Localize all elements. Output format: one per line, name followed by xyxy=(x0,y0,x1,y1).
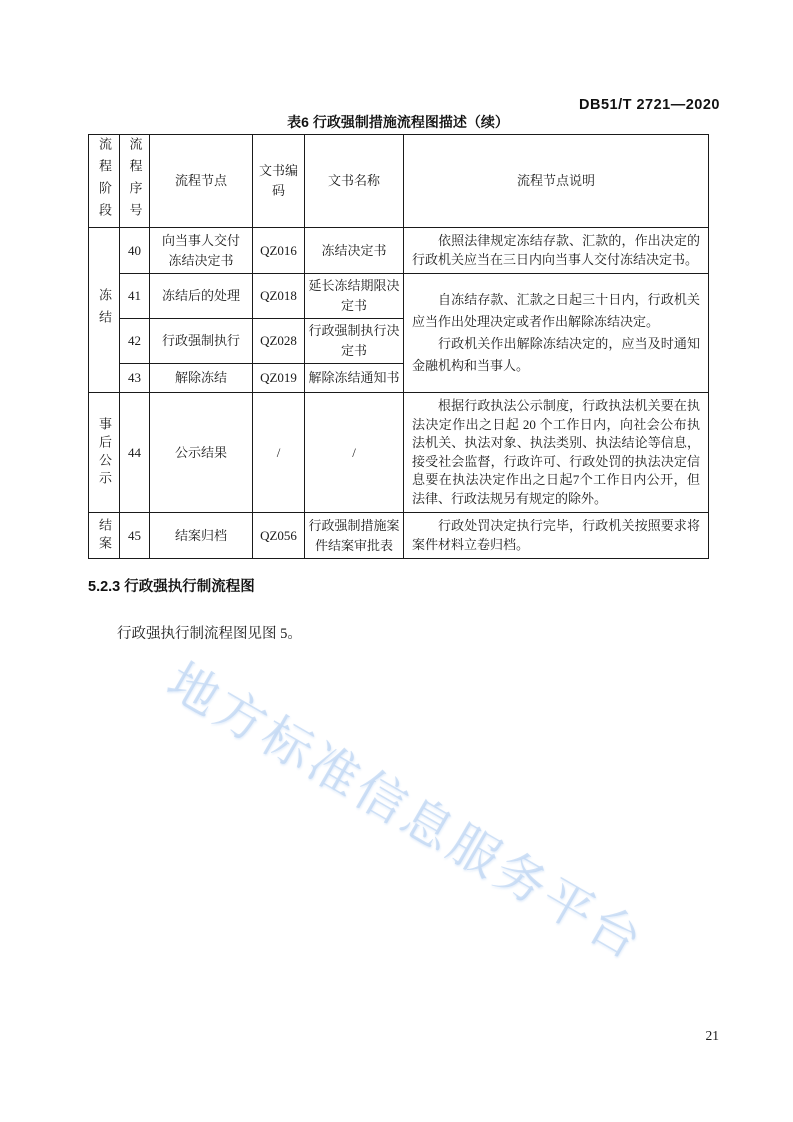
process-table: 流程阶段 流程序号 流程节点 文书编码 文书名称 流程节点说明 冻结 40 向当… xyxy=(88,134,709,559)
phase-cell: 冻结 xyxy=(89,228,120,393)
table-row: 冻结 40 向当事人交付冻结决定书 QZ016 冻结决定书 依照法律规定冻结存款… xyxy=(89,228,709,274)
watermark: 地方标准信息服务平台 xyxy=(156,642,660,974)
col-header-code: 文书编码 xyxy=(253,135,305,228)
desc-cell: 根据行政执法公示制度，行政执法机关要在执法决定作出之日起 20 个工作日内，向社… xyxy=(404,393,709,513)
desc-cell: 行政处罚决定执行完毕，行政机关按照要求将案件材料立卷归档。 xyxy=(404,513,709,559)
code-cell: / xyxy=(253,393,305,513)
seq-cell: 42 xyxy=(120,319,150,364)
phase-cell: 事后公示 xyxy=(89,393,120,513)
page-number: 21 xyxy=(706,1028,720,1044)
seq-cell: 43 xyxy=(120,364,150,393)
desc-cell: 依照法律规定冻结存款、汇款的，作出决定的行政机关应当在三日内向当事人交付冻结决定… xyxy=(404,228,709,274)
table-row: 事后公示 44 公示结果 / / 根据行政执法公示制度，行政执法机关要在执法决定… xyxy=(89,393,709,513)
seq-cell: 44 xyxy=(120,393,150,513)
doc-cell: 冻结决定书 xyxy=(305,228,404,274)
col-header-doc: 文书名称 xyxy=(305,135,404,228)
body-paragraph: 行政强执行制流程图见图 5。 xyxy=(88,622,708,643)
seq-cell: 40 xyxy=(120,228,150,274)
code-cell: QZ016 xyxy=(253,228,305,274)
doc-cell: 延长冻结期限决定书 xyxy=(305,274,404,319)
code-cell: QZ019 xyxy=(253,364,305,393)
node-cell: 冻结后的处理 xyxy=(150,274,253,319)
seq-cell: 41 xyxy=(120,274,150,319)
doc-cell: 行政强制措施案件结案审批表 xyxy=(305,513,404,559)
node-cell: 行政强制执行 xyxy=(150,319,253,364)
code-cell: QZ056 xyxy=(253,513,305,559)
doc-cell: / xyxy=(305,393,404,513)
table-row: 41 冻结后的处理 QZ018 延长冻结期限决定书 自冻结存款、汇款之日起三十日… xyxy=(89,274,709,319)
code-cell: QZ028 xyxy=(253,319,305,364)
table-row: 结案 45 结案归档 QZ056 行政强制措施案件结案审批表 行政处罚决定执行完… xyxy=(89,513,709,559)
node-cell: 结案归档 xyxy=(150,513,253,559)
col-header-node: 流程节点 xyxy=(150,135,253,228)
doc-cell: 解除冻结通知书 xyxy=(305,364,404,393)
desc-cell: 自冻结存款、汇款之日起三十日内，行政机关应当作出处理决定或者作出解除冻结决定。 … xyxy=(404,274,709,393)
seq-cell: 45 xyxy=(120,513,150,559)
col-header-desc: 流程节点说明 xyxy=(404,135,709,228)
code-cell: QZ018 xyxy=(253,274,305,319)
node-cell: 公示结果 xyxy=(150,393,253,513)
col-header-phase: 流程阶段 xyxy=(89,135,120,228)
node-cell: 向当事人交付冻结决定书 xyxy=(150,228,253,274)
doc-cell: 行政强制执行决定书 xyxy=(305,319,404,364)
phase-cell: 结案 xyxy=(89,513,120,559)
col-header-seq: 流程序号 xyxy=(120,135,150,228)
node-cell: 解除冻结 xyxy=(150,364,253,393)
page-content: 表6 行政强制措施流程图描述（续） 流程阶段 流程序号 流程节点 文书编码 文书… xyxy=(88,113,708,643)
standard-code-header: DB51/T 2721—2020 xyxy=(579,97,720,113)
document-page: DB51/T 2721—2020 地方标准信息服务平台 表6 行政强制措施流程图… xyxy=(0,0,793,1122)
table-title: 表6 行政强制措施流程图描述（续） xyxy=(88,113,708,131)
table-header-row: 流程阶段 流程序号 流程节点 文书编码 文书名称 流程节点说明 xyxy=(89,135,709,228)
section-heading: 5.2.3 行政强执行制流程图 xyxy=(88,575,708,596)
